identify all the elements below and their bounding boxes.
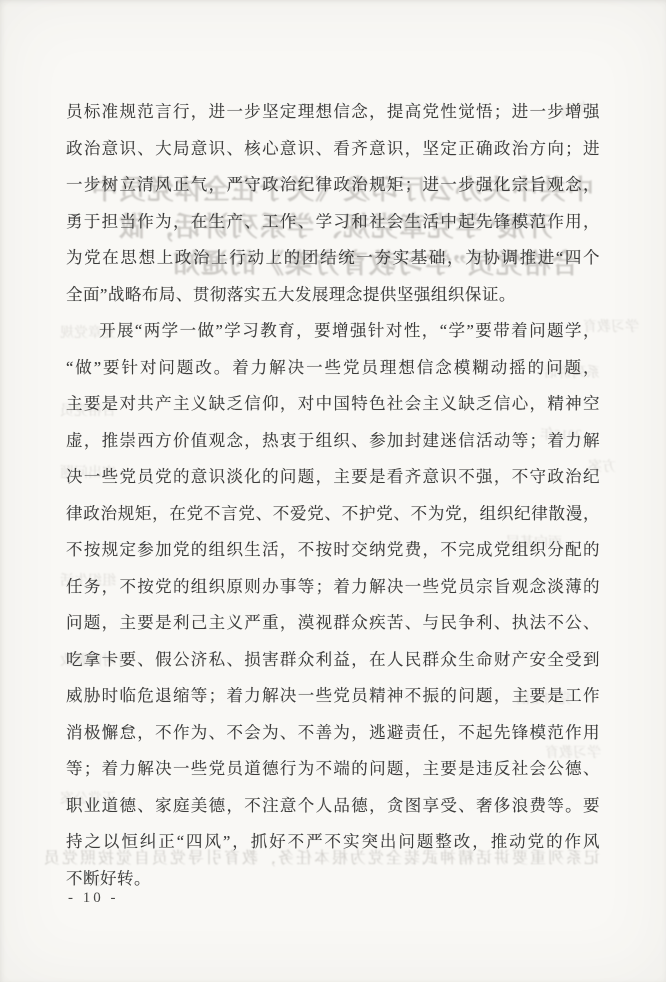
scanned-document-page: 中共中央办公厅印发《关于在全体党员中开展“学党章党规、学系列讲话，做合格党员”学… [0, 0, 666, 982]
text-line: 虚，推崇西方价值观念，热衷于组织、参加封建迷信活动等；着力解 [66, 423, 600, 460]
text-line: 等；着力解决一些党员道德行为不端的问题，主要是违反社会公德、 [66, 751, 600, 788]
text-line: 全面”战略布局、贯彻落实五大发展理念提供坚强组织保证。 [66, 277, 600, 314]
text-line: 政治意识、大局意识、核心意识、看齐意识，坚定正确政治方向；进 [66, 131, 600, 168]
text-line: 决一些党员党的意识淡化的问题，主要是看齐意识不强，不守政治纪 [66, 459, 600, 496]
text-line: 一步树立清风正气，严守政治纪律政治规矩；进一步强化宗旨观念， [66, 167, 600, 204]
text-line: 勇于担当作为，在生产、工作、学习和社会生活中起先锋模范作用， [66, 204, 600, 241]
text-line: 不按规定参加党的组织生活，不按时交纳党费，不完成党组织分配的 [66, 532, 600, 569]
text-line: 消极懈怠，不作为、不会为、不善为，逃避责任，不起先锋模范作用 [66, 715, 600, 752]
text-line: 任务，不按党的组织原则办事等；着力解决一些党员宗旨观念淡薄的 [66, 569, 600, 606]
paragraph: 员标准规范言行，进一步坚定理想信念，提高党性觉悟；进一步增强政治意识、大局意识、… [66, 94, 600, 313]
text-line: 吃拿卡要、假公济私、损害群众利益，在人民群众生命财产安全受到 [66, 642, 600, 679]
text-line: 开展“两学一做”学习教育，要增强针对性，“学”要带着问题学， [66, 313, 600, 350]
text-line: 威胁时临危退缩等；着力解决一些党员精神不振的问题，主要是工作 [66, 678, 600, 715]
text-line: 律政治规矩，在党不言党、不爱党、不护党、不为党，组织纪律散漫， [66, 496, 600, 533]
text-line: 主要是对共产主义缺乏信仰，对中国特色社会主义缺乏信心，精神空 [66, 386, 600, 423]
text-line: 为党在思想上政治上行动上的团结统一夯实基础，为协调推进“四个 [66, 240, 600, 277]
body-text: 员标准规范言行，进一步坚定理想信念，提高党性觉悟；进一步增强政治意识、大局意识、… [66, 94, 600, 897]
text-line: 员标准规范言行，进一步坚定理想信念，提高党性觉悟；进一步增强 [66, 94, 600, 131]
paragraph: 开展“两学一做”学习教育，要增强针对性，“学”要带着问题学，“做”要针对问题改。… [66, 313, 600, 897]
text-line: 持之以恒纠正“四风”，抓好不严不实突出问题整改，推动党的作风 [66, 824, 600, 861]
text-line: 职业道德、家庭美德，不注意个人品德，贪图享受、奢侈浪费等。要 [66, 788, 600, 825]
text-line: “做”要针对问题改。着力解决一些党员理想信念模糊动摇的问题， [66, 350, 600, 387]
page-number: - 10 - [68, 890, 119, 907]
text-line: 不断好转。 [66, 861, 600, 898]
text-line: 问题，主要是利己主义严重，漠视群众疾苦、与民争利、执法不公、 [66, 605, 600, 642]
